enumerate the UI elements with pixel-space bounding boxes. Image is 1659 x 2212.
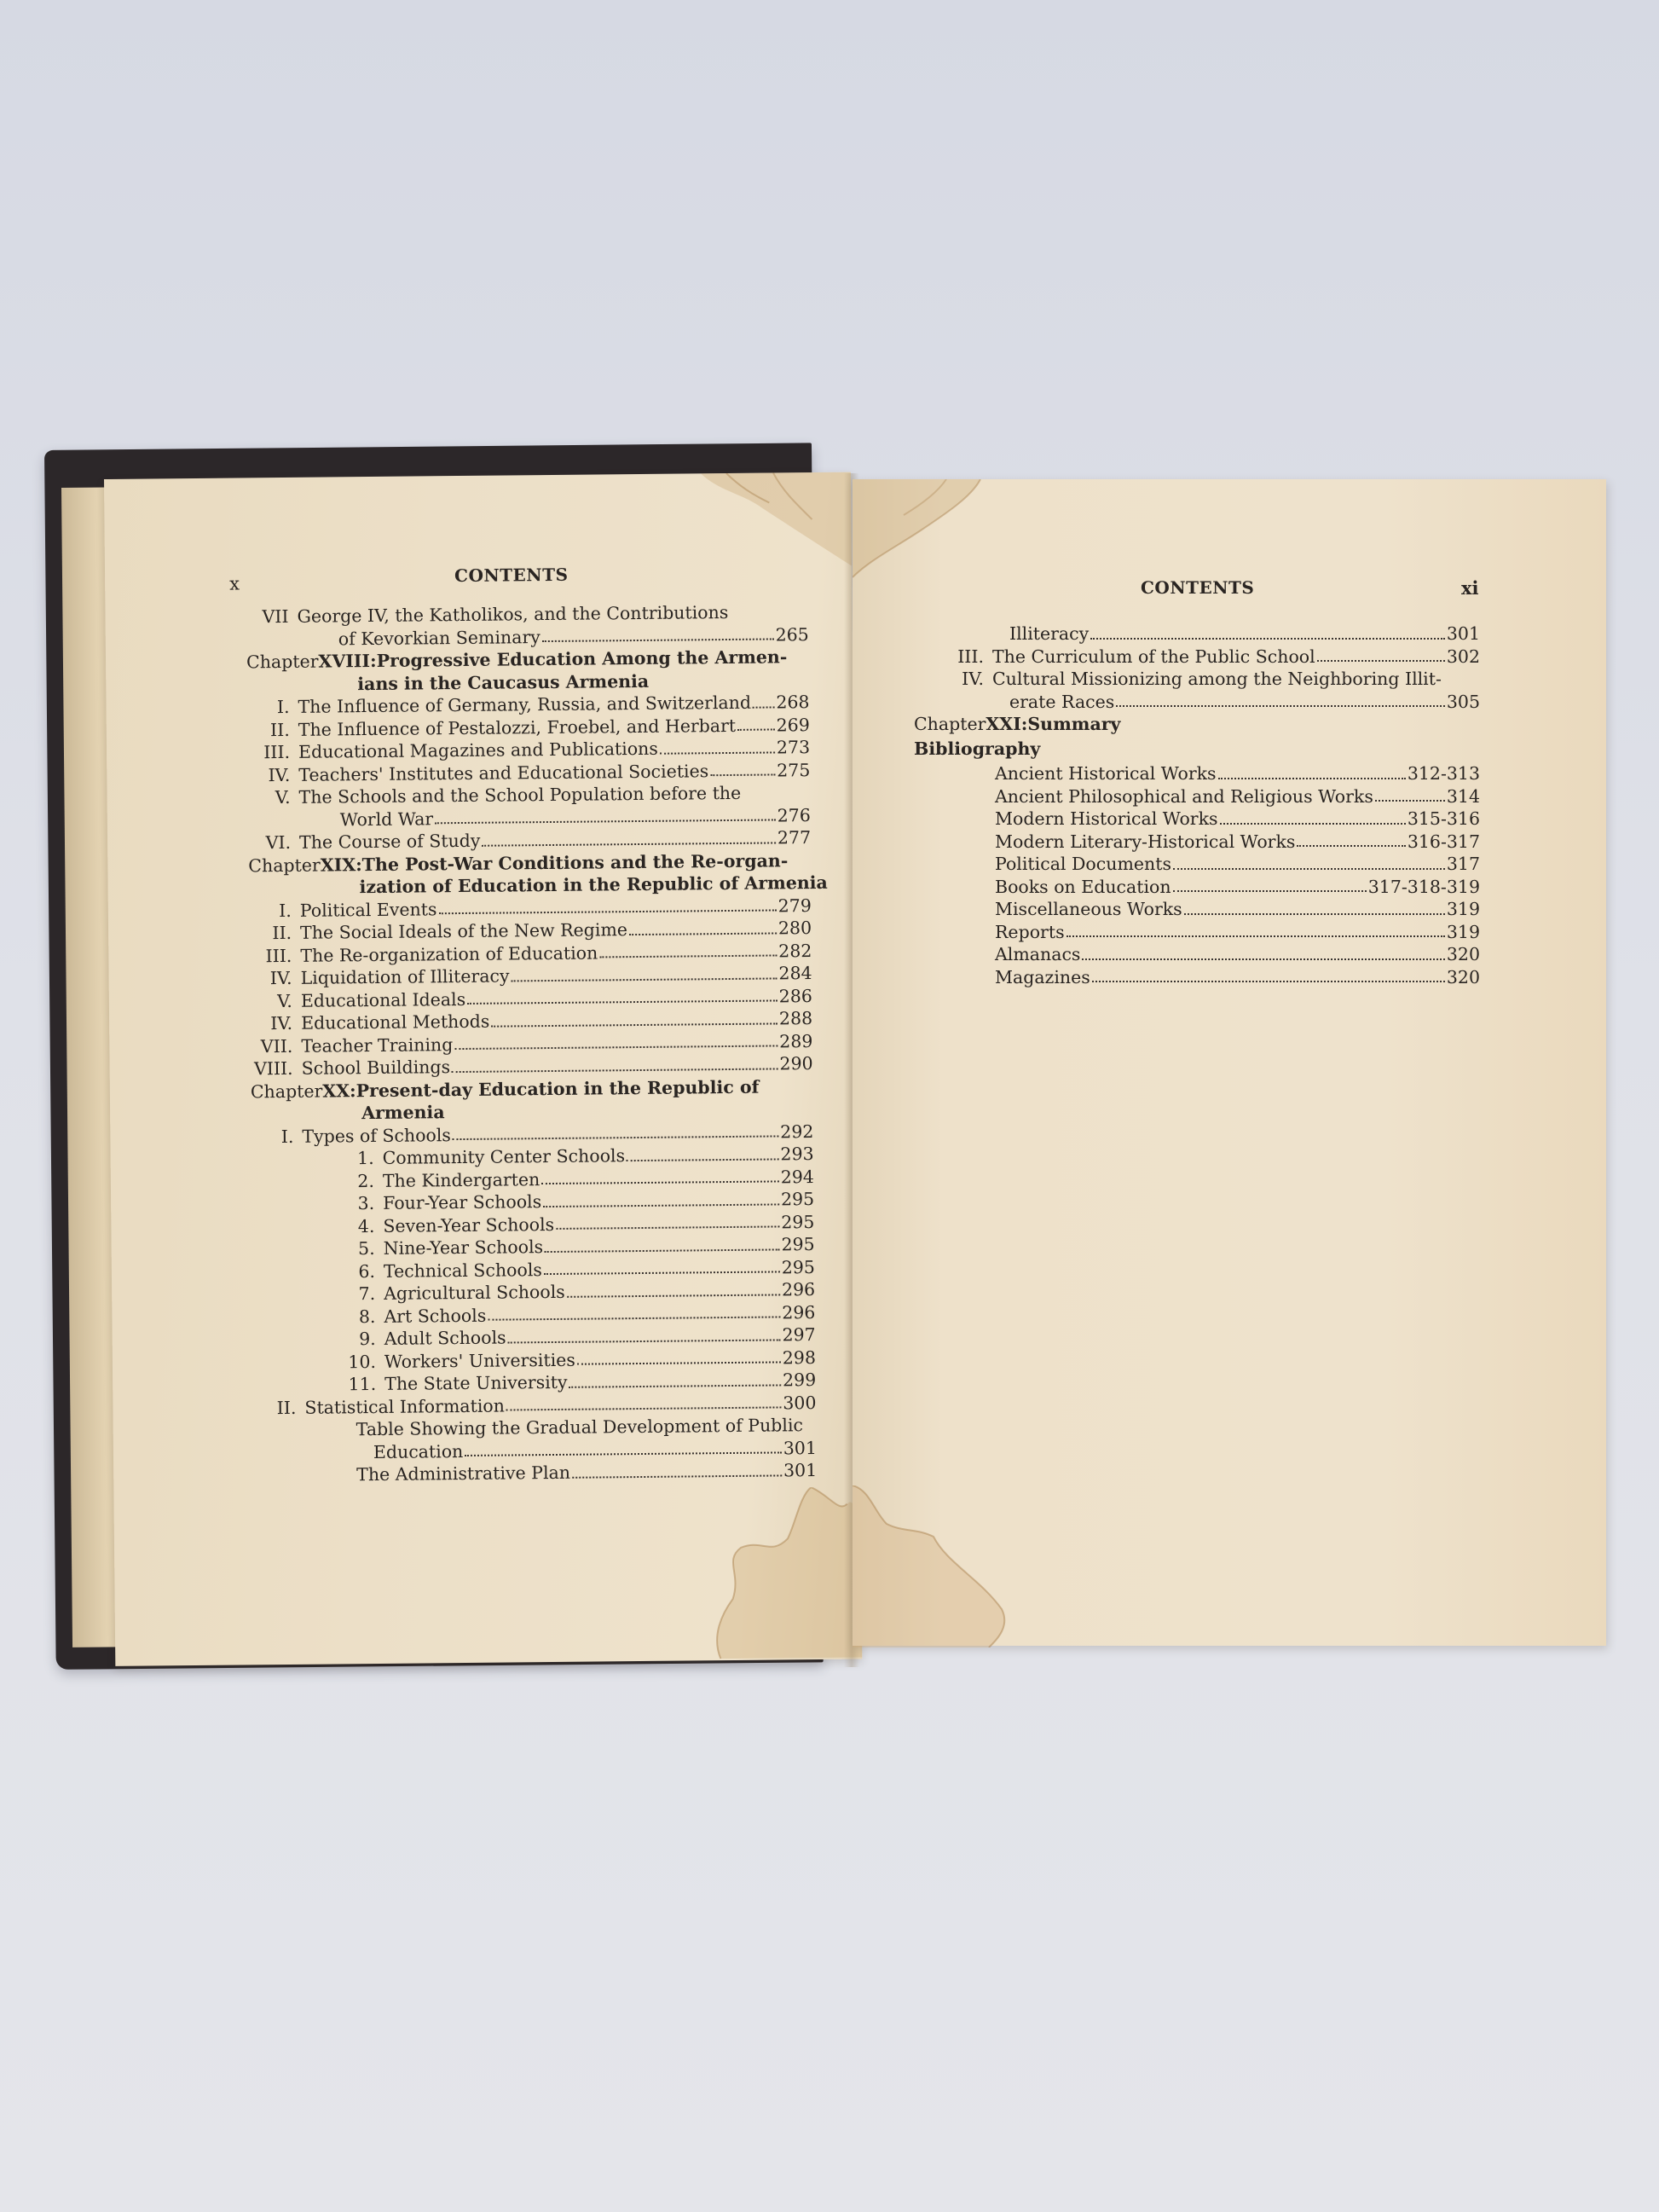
entry-page: 282 <box>778 940 812 963</box>
entry-page: 280 <box>778 917 812 940</box>
entry-page: 301 <box>783 1459 817 1482</box>
dot-leader <box>569 1383 782 1387</box>
entry-number: I. <box>251 1125 293 1148</box>
dot-leader <box>1184 912 1445 915</box>
entry-title: Ancient Historical Works <box>995 762 1217 785</box>
entry-title: Adult Schools <box>384 1327 506 1351</box>
entry-title: Art Schools <box>384 1304 486 1328</box>
entry-page: 269 <box>777 714 810 737</box>
entry-number: 4. <box>345 1214 374 1237</box>
dot-leader <box>508 1338 781 1343</box>
entry-page: 295 <box>781 1233 814 1256</box>
entry-number: 3. <box>345 1192 374 1215</box>
dot-leader <box>1066 935 1445 937</box>
entry-page: 284 <box>778 962 812 985</box>
dot-leader <box>1092 980 1445 982</box>
running-head-right: CONTENTS <box>1141 577 1254 598</box>
entry-page: 301 <box>1447 622 1480 646</box>
entry-number: 5. <box>346 1237 375 1260</box>
chapter-number: XVIII: <box>318 650 376 673</box>
entry-number: V. <box>250 989 292 1012</box>
entry-page: 319 <box>1447 898 1480 921</box>
entry-page: 320 <box>1447 966 1480 989</box>
entry-page: 300 <box>783 1392 816 1415</box>
entry-title: Miscellaneous Works <box>995 898 1182 921</box>
toc-entry-continued: erate Races305 <box>914 691 1480 714</box>
entry-number: 2. <box>345 1169 374 1192</box>
entry-page: 295 <box>782 1256 815 1279</box>
entry-page: 301 <box>783 1437 817 1460</box>
chapter-title: Summary <box>1027 713 1120 736</box>
entry-page: 319 <box>1447 921 1480 944</box>
entry-title-continued: World War <box>340 808 434 831</box>
entry-page: 317-318-319 <box>1368 876 1480 899</box>
dot-leader <box>491 1022 777 1027</box>
entry-number: IV. <box>250 1012 292 1035</box>
entry-title: Books on Education <box>995 876 1171 899</box>
entry-number: 1. <box>345 1147 374 1170</box>
table-of-contents-right: Illiteracy301III.The Curriculum of the P… <box>914 622 1480 988</box>
entry-number: V. <box>247 786 290 809</box>
dot-leader <box>543 1202 779 1207</box>
entry-number: II. <box>247 718 290 741</box>
table-of-contents-left: VIIGeorge IV, the Katholikos, and the Co… <box>246 600 817 1487</box>
entry-page: 315-316 <box>1408 808 1480 831</box>
entry-title: Liquidation of Illiteracy <box>300 964 509 989</box>
dot-leader <box>627 1157 778 1161</box>
dot-leader <box>1317 659 1445 662</box>
open-book: x CONTENTS VIIGeorge IV, the Katholikos,… <box>0 0 1659 2212</box>
toc-entry: Ancient Philosophical and Religious Work… <box>914 785 1480 808</box>
chapter-label: Chapter <box>251 1080 323 1103</box>
dot-leader <box>629 931 777 935</box>
dot-leader <box>572 1474 782 1478</box>
entry-page: 276 <box>777 804 811 827</box>
entry-page: 268 <box>776 691 809 714</box>
dot-leader <box>545 1248 779 1253</box>
dot-leader <box>599 953 777 958</box>
entry-title: School Buildings <box>302 1056 451 1080</box>
dot-leader <box>506 1405 781 1410</box>
entry-title: Agricultural Schools <box>384 1281 565 1306</box>
entry-page: 296 <box>782 1301 815 1324</box>
entry-number: III. <box>249 944 292 967</box>
dot-leader <box>544 1270 780 1275</box>
entry-page: 312-313 <box>1408 762 1480 785</box>
entry-number: 6. <box>346 1259 375 1283</box>
chapter-label: Chapter <box>914 713 986 736</box>
entry-title: Ancient Philosophical and Religious Work… <box>995 785 1373 808</box>
entry-number: I. <box>246 696 289 719</box>
entry-page: 314 <box>1447 785 1480 808</box>
entry-page: 265 <box>776 623 809 646</box>
page-number-left: x <box>229 573 240 594</box>
entry-number: I. <box>249 899 292 922</box>
entry-title-continued: of Kevorkian Seminary <box>338 626 540 651</box>
toc-entry: Ancient Historical Works312-313 <box>914 762 1480 785</box>
entry-title: The Administrative Plan <box>356 1462 570 1486</box>
entry-title: The Kindergarten <box>383 1168 540 1192</box>
entry-page: 292 <box>780 1120 813 1144</box>
entry-title: Technical Schools <box>384 1259 542 1283</box>
entry-title: Educational Methods <box>301 1010 489 1035</box>
entry-title: The Course of Study <box>299 830 481 854</box>
entry-title: Community Center Schools <box>383 1144 626 1169</box>
toc-entry: Magazines320 <box>914 966 1480 989</box>
entry-page: 298 <box>783 1346 816 1369</box>
dot-leader <box>542 637 774 642</box>
entry-page: 317 <box>1447 853 1480 876</box>
entry-page: 299 <box>783 1369 816 1392</box>
entry-page: 295 <box>781 1188 814 1211</box>
entry-title: Reports <box>995 921 1065 944</box>
entry-page: 290 <box>779 1052 812 1075</box>
entry-title: The Re-organization of Education <box>300 941 598 967</box>
dot-leader <box>541 1179 779 1184</box>
entry-number: 9. <box>347 1328 376 1351</box>
entry-title: Political Events <box>300 898 437 922</box>
left-page: x CONTENTS VIIGeorge IV, the Katholikos,… <box>104 472 862 1666</box>
toc-entry: III.The Curriculum of the Public School3… <box>914 646 1480 669</box>
entry-title: Teacher Training <box>301 1034 453 1057</box>
entry-number: 7. <box>346 1283 375 1306</box>
entry-title-continued: erate Races <box>1009 691 1114 714</box>
entry-title: Cultural Missionizing among the Neighbor… <box>992 668 1442 691</box>
right-page: CONTENTS xi Illiteracy301III.The Curricu… <box>853 479 1606 1646</box>
chapter-label: Chapter <box>246 651 319 674</box>
entry-page: 320 <box>1447 943 1480 966</box>
entry-title: Modern Historical Works <box>995 808 1218 831</box>
entry-title: Four-Year Schools <box>383 1190 541 1214</box>
toc-entry: The Administrative Plan301 <box>254 1459 817 1487</box>
entry-number: 10. <box>347 1350 376 1373</box>
water-stain-top <box>692 472 855 568</box>
toc-entry: Political Documents317 <box>914 853 1480 876</box>
dot-leader <box>1173 889 1367 892</box>
entry-page: 297 <box>782 1323 815 1346</box>
chapter-title: Bibliography <box>914 738 1040 761</box>
entry-title: Almanacs <box>995 943 1080 966</box>
dot-leader <box>512 976 777 982</box>
chapter-title: Progressive Education Among the Armen- <box>376 646 787 672</box>
dot-leader <box>488 1315 780 1320</box>
page-number-right: xi <box>1461 577 1479 599</box>
chapter-label: Chapter <box>248 854 321 877</box>
entry-title: Nine-Year Schools <box>384 1236 544 1259</box>
entry-page: 305 <box>1447 691 1480 714</box>
entry-title: Modern Literary-Historical Works <box>995 831 1295 854</box>
dot-leader <box>467 999 777 1004</box>
entry-page: 289 <box>779 1030 812 1053</box>
dot-leader <box>482 841 776 846</box>
dot-leader <box>567 1293 780 1297</box>
toc-entry: Illiteracy301 <box>914 622 1480 646</box>
toc-entry: Almanacs320 <box>914 943 1480 966</box>
dot-leader <box>1082 958 1444 960</box>
entry-page: 277 <box>777 826 811 849</box>
chapter-title: The Post-War Conditions and the Re-organ… <box>362 849 789 876</box>
entry-title: The Curriculum of the Public School <box>992 646 1315 669</box>
water-stain-top-right <box>853 479 989 582</box>
entry-number: 8. <box>346 1305 375 1328</box>
toc-entry: IV.Cultural Missionizing among the Neigh… <box>914 668 1480 691</box>
entry-title: Statistical Information <box>304 1394 505 1419</box>
entry-title: Workers' Universities <box>384 1348 575 1373</box>
dot-leader <box>435 818 776 824</box>
dot-leader <box>1090 637 1445 640</box>
entry-number: VI. <box>248 831 291 854</box>
entry-title: Types of Schools <box>302 1124 451 1148</box>
toc-entry: Miscellaneous Works319 <box>914 898 1480 921</box>
entry-page: 288 <box>779 1007 812 1030</box>
dot-leader <box>1116 704 1445 707</box>
entry-page: 295 <box>781 1211 814 1234</box>
entry-page: 293 <box>780 1143 813 1166</box>
entry-page: 302 <box>1447 646 1480 669</box>
dot-leader <box>577 1360 781 1364</box>
entry-page: 286 <box>779 985 812 1008</box>
entry-page: 275 <box>777 759 810 782</box>
entry-number: IV. <box>250 967 292 990</box>
entry-title: Educational Ideals <box>301 987 466 1011</box>
entry-number: IV. <box>914 668 984 691</box>
running-head-left: CONTENTS <box>454 565 569 586</box>
dot-leader <box>737 727 775 730</box>
entry-page: 279 <box>778 895 812 918</box>
entry-number: VIII. <box>251 1057 293 1080</box>
entry-number: III. <box>247 741 290 764</box>
entry-number: II. <box>249 922 292 945</box>
chapter-number: XXI: <box>986 713 1027 736</box>
entry-number: IV. <box>247 763 290 786</box>
dot-leader <box>556 1225 779 1230</box>
entry-number: II. <box>253 1396 296 1419</box>
dot-leader <box>453 1134 778 1140</box>
entry-title: Magazines <box>995 966 1090 989</box>
dot-leader <box>710 773 775 776</box>
dot-leader <box>1375 799 1445 802</box>
dot-leader <box>660 750 775 754</box>
entry-title: The Social Ideals of the New Regime <box>300 918 627 944</box>
entry-title: Seven-Year Schools <box>383 1213 554 1236</box>
dot-leader <box>753 705 774 708</box>
entry-page: 273 <box>777 736 810 759</box>
chapter-number: XIX: <box>321 854 362 877</box>
water-stain-bottom <box>710 1486 865 1659</box>
entry-title: Political Documents <box>995 853 1171 876</box>
dot-leader <box>1297 844 1405 847</box>
entry-number: 11. <box>347 1373 376 1396</box>
entry-page: 316-317 <box>1408 831 1480 854</box>
entry-page: 294 <box>781 1166 814 1189</box>
section-heading: Bibliography <box>914 738 1480 762</box>
dot-leader <box>454 1044 777 1050</box>
dot-leader <box>465 1451 782 1456</box>
dot-leader <box>452 1067 777 1073</box>
chapter-title: Present-day Education in the Republic of <box>356 1075 760 1102</box>
entry-number: III. <box>914 646 984 669</box>
entry-title: Illiteracy <box>1009 622 1089 646</box>
chapter-number: XX: <box>322 1080 356 1103</box>
chapter-heading: Chapter XXI: Summary <box>914 713 1480 738</box>
entry-page: 296 <box>782 1278 815 1301</box>
entry-title: Educational Magazines and Publications <box>298 738 658 764</box>
dot-leader <box>1173 867 1445 870</box>
entry-title: The State University <box>384 1371 568 1396</box>
water-stain-bottom-right <box>853 1485 1023 1647</box>
dot-leader <box>1220 822 1406 825</box>
entry-number: VII <box>246 605 288 628</box>
entry-title-continued: Education <box>373 1440 464 1464</box>
toc-entry: Modern Historical Works315-316 <box>914 808 1480 831</box>
toc-entry: Reports319 <box>914 921 1480 944</box>
dot-leader <box>1218 777 1406 779</box>
toc-entry: Books on Education317-318-319 <box>914 876 1480 899</box>
dot-leader <box>439 908 777 914</box>
toc-entry: Modern Literary-Historical Works316-317 <box>914 831 1480 854</box>
entry-number: VII. <box>250 1034 292 1057</box>
